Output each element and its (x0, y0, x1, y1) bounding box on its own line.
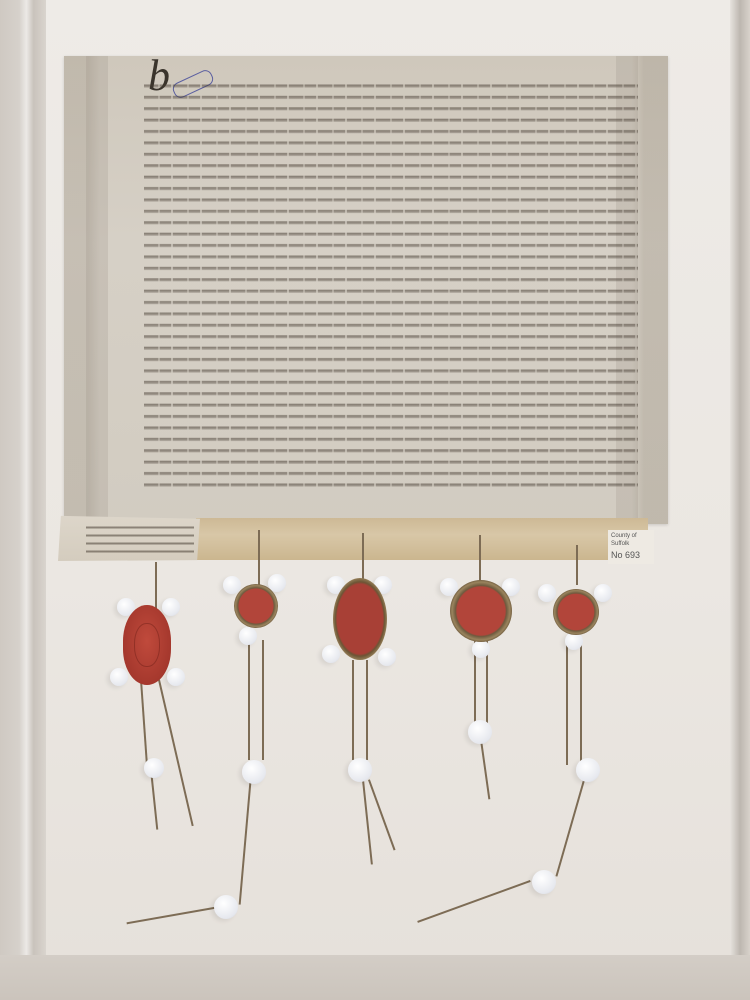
frame-edge-left (0, 0, 48, 1000)
endorsement-text (86, 522, 194, 556)
label-line1: County of (611, 533, 637, 539)
support-pad (468, 720, 492, 744)
support-pad (538, 584, 556, 602)
archive-label: County of Suffolk No 693 (608, 530, 654, 564)
label-number: No 693 (611, 551, 651, 559)
support-pad (348, 758, 372, 782)
support-pad (472, 640, 490, 658)
wax-seal-1 (123, 605, 171, 685)
support-pad (167, 668, 185, 686)
support-pad (378, 648, 396, 666)
support-pad (144, 758, 164, 778)
charter-parchment: b (64, 56, 668, 524)
frame-edge-right (730, 0, 750, 1000)
wax-seal-5 (553, 589, 599, 635)
support-pad (239, 627, 257, 645)
fold-band (86, 56, 108, 524)
charter-turn-up (196, 518, 648, 560)
label-line2: Suffolk (611, 541, 629, 547)
support-pad (242, 760, 266, 784)
support-pad (576, 758, 600, 782)
manuscript-text-block (144, 80, 638, 494)
wax-seal-4 (450, 580, 512, 642)
wax-seal-3 (333, 578, 387, 660)
endorsement-tab (58, 514, 200, 562)
support-pad (322, 645, 340, 663)
support-pad (214, 895, 238, 919)
support-pad (532, 870, 556, 894)
support-pad (162, 598, 180, 616)
support-pad (594, 584, 612, 602)
frame-edge-bottom (0, 955, 750, 1000)
support-pad (110, 668, 128, 686)
wax-seal-2 (234, 584, 278, 628)
